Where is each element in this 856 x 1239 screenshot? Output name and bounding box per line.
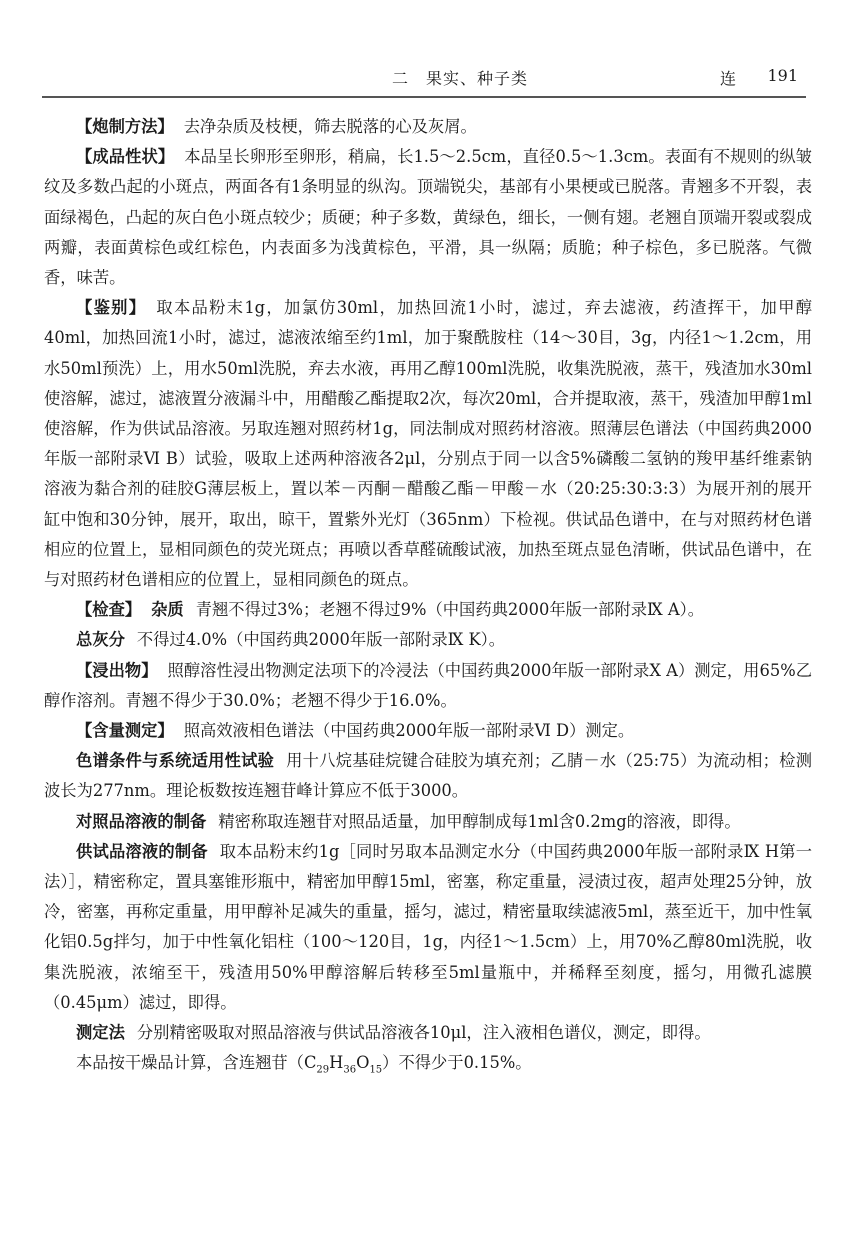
- subheading-impurity: 杂质: [151, 600, 184, 619]
- paragraph-identification: 【鉴别】取本品粉末1g，加氯仿30ml，加热回流1小时，滤过，弃去滤液，药渣挥干…: [44, 293, 812, 595]
- paragraph-chromatographic-conditions: 色谱条件与系统适用性试验用十八烷基硅烷键合硅胶为填充剂；乙腈－水（25:75）为…: [44, 746, 812, 806]
- heading-assay: 【含量测定】: [76, 721, 174, 740]
- page-header: 二 果实、种子类 连 191: [40, 60, 798, 96]
- paragraph-processing-method: 【炮制方法】去净杂质及枝梗，筛去脱落的心及灰屑。: [44, 112, 812, 142]
- heading-processing-method: 【炮制方法】: [76, 117, 174, 136]
- paragraph-test-solution: 供试品溶液的制备取本品粉末约1g［同时另取本品测定水分（中国药典2000年版一部…: [44, 837, 812, 1018]
- page-number: 191: [767, 66, 798, 85]
- paragraph-total-ash: 总灰分不得过4.0%（中国药典2000年版一部附录Ⅸ K）。: [44, 625, 812, 655]
- header-rule: [42, 96, 806, 98]
- paragraph-inspection: 【检查】杂质青翘不得过3%；老翘不得过9%（中国药典2000年版一部附录Ⅸ A）…: [44, 595, 812, 625]
- subheading-chromatographic-conditions: 色谱条件与系统适用性试验: [76, 751, 274, 770]
- subheading-total-ash: 总灰分: [76, 630, 125, 649]
- heading-inspection: 【检查】: [76, 600, 141, 619]
- page-body: 【炮制方法】去净杂质及枝梗，筛去脱落的心及灰屑。 【成品性状】本品呈长卵形至卵形…: [44, 112, 812, 1086]
- paragraph-conclusion: 本品按干燥品计算，含连翘苷（C29H36O15）不得少于0.15%。: [44, 1048, 812, 1085]
- paragraph-procedure: 测定法分别精密吸取对照品溶液与供试品溶液各10μl，注入液相色谱仪，测定，即得。: [44, 1018, 812, 1048]
- paragraph-product-characteristics: 【成品性状】本品呈长卵形至卵形，稍扁，长1.5～2.5cm，直径0.5～1.3c…: [44, 142, 812, 293]
- heading-identification: 【鉴别】: [76, 298, 146, 317]
- paragraph-reference-solution: 对照品溶液的制备精密称取连翘苷对照品适量，加甲醇制成每1ml含0.2mg的溶液，…: [44, 807, 812, 837]
- running-head-entry: 连: [720, 66, 736, 89]
- heading-product-characteristics: 【成品性状】: [76, 147, 174, 166]
- running-head-section: 二 果实、种子类: [392, 66, 528, 89]
- paragraph-extractives: 【浸出物】照醇溶性浸出物测定法项下的冷浸法（中国药典2000年版一部附录Ⅹ A）…: [44, 656, 812, 716]
- paragraph-assay: 【含量测定】照高效液相色谱法（中国药典2000年版一部附录Ⅵ D）测定。: [44, 716, 812, 746]
- subheading-reference-solution: 对照品溶液的制备: [76, 812, 206, 831]
- subheading-test-solution: 供试品溶液的制备: [76, 842, 208, 861]
- subheading-procedure: 测定法: [76, 1023, 125, 1042]
- heading-extractives: 【浸出物】: [76, 661, 158, 680]
